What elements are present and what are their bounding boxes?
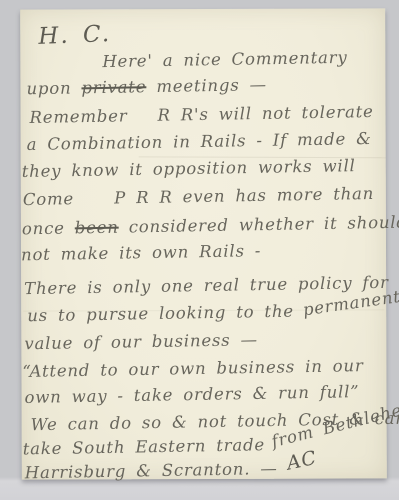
letter-text-pre: upon [26, 78, 81, 98]
letter-text: a Combination in Rails - If made & [27, 129, 372, 154]
letter-text: value of our business — [24, 330, 258, 353]
letter-line: Harrisburg & Scranton. — [25, 459, 278, 482]
letter-line: There is only one real true policy for [24, 273, 389, 298]
letter-text: Remember R R's will not tolerate [29, 102, 373, 127]
letter-text: Here' a nice Commentary [102, 48, 347, 71]
letter-line: take South Eastern trade from Bethlehem [23, 432, 399, 458]
letter-line: own way - take orders & run full” [24, 382, 359, 407]
letter-line: value of our business — [24, 330, 258, 353]
signature: AC [285, 447, 319, 475]
struck-word: been [75, 218, 119, 238]
letter-text: Harrisburg & Scranton. — [25, 459, 278, 482]
letter-line: us to pursue looking to the permanent [27, 300, 399, 326]
struck-word: private [81, 77, 146, 97]
letter-paper: H. C. Here' a nice Commentary upon priva… [20, 8, 387, 479]
letter-text-post: meetings — [146, 75, 267, 96]
letter-line: they know it opposition works will [22, 156, 356, 181]
signature-text: AC [285, 447, 319, 475]
letter-line: Come P R R even has more than [23, 184, 375, 209]
letter-text-post: considered whether it should [119, 213, 399, 237]
salutation-text: H. C. [38, 21, 112, 50]
letter-text: Come P R R even has more than [23, 184, 375, 209]
letter-text-pre: once [22, 218, 75, 238]
letter-line: Here' a nice Commentary [102, 48, 347, 71]
letter-text: There is only one real true policy for [24, 273, 389, 298]
letter-line: “Attend to our own business in our [22, 356, 363, 381]
letter-text: own way - take orders & run full” [24, 382, 359, 407]
letter-text: they know it opposition works will [22, 156, 356, 181]
letter-text-pre: us to pursue looking to the [27, 301, 304, 325]
letter-line: a Combination in Rails - If made & [27, 129, 372, 154]
letter-line: once been considered whether it should [22, 213, 399, 239]
scanned-letter: H. C. Here' a nice Commentary upon priva… [0, 0, 399, 500]
letter-line: Remember R R's will not tolerate [29, 102, 373, 127]
letter-text: not make its own Rails - [21, 241, 261, 264]
letter-line: upon private meetings — [26, 75, 267, 98]
letter-text: “Attend to our own business in our [22, 356, 363, 381]
salutation: H. C. [38, 21, 112, 50]
letter-text-pre: take South Eastern trade [23, 435, 276, 458]
letter-line: not make its own Rails - [21, 241, 261, 264]
